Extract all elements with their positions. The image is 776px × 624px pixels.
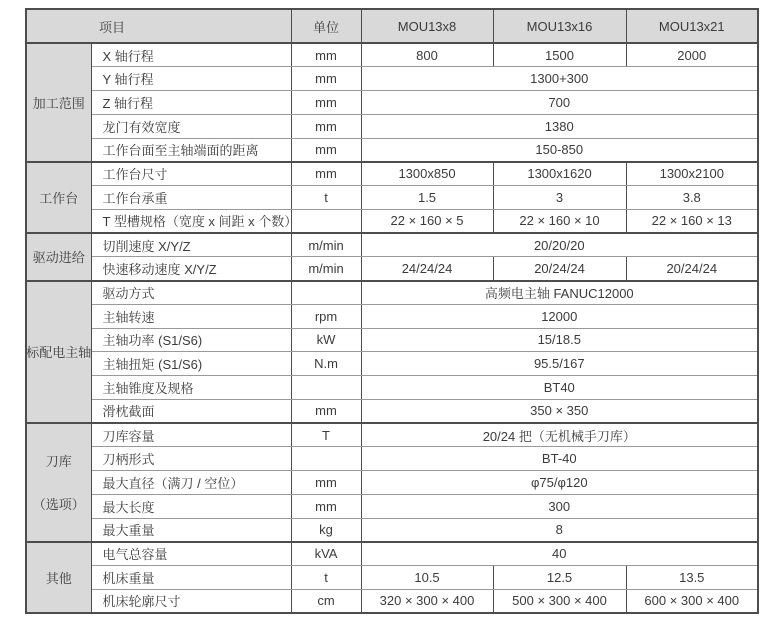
value-cell: 300 xyxy=(361,494,758,518)
table-row: 主轴锥度及规格BT40 xyxy=(26,376,758,400)
table-row: 滑枕截面mm350 × 350 xyxy=(26,399,758,423)
value-cell: 22 × 160 × 5 xyxy=(361,209,493,233)
table-row: 标配电主轴驱动方式高频电主轴 FANUC12000 xyxy=(26,281,758,305)
table-row: 刀库（选项）刀库容量T20/24 把（无机械手刀库） xyxy=(26,423,758,447)
header-model-mou13x21: MOU13x21 xyxy=(626,9,758,43)
table-row: 机床轮廓尺寸cm320 × 300 × 400500 × 300 × 40060… xyxy=(26,589,758,613)
group-label: 工作台 xyxy=(39,188,78,207)
item-cell: X 轴行程 xyxy=(91,43,291,67)
group-cell: 驱动进给 xyxy=(26,233,91,281)
unit-cell xyxy=(291,447,361,471)
value-cell: 20/24/24 xyxy=(626,257,758,281)
group-label: 标配电主轴 xyxy=(26,342,91,361)
item-cell: 机床重量 xyxy=(91,566,291,590)
unit-cell: mm xyxy=(291,43,361,67)
table-row: 工作台承重t1.533.8 xyxy=(26,186,758,210)
value-cell: 3 xyxy=(493,186,626,210)
unit-cell: mm xyxy=(291,494,361,518)
unit-cell: m/min xyxy=(291,257,361,281)
table-row: T 型槽规格（宽度 x 间距 x 个数）22 × 160 × 522 × 160… xyxy=(26,209,758,233)
item-cell: 主轴功率 (S1/S6) xyxy=(91,328,291,352)
value-cell: 500 × 300 × 400 xyxy=(493,589,626,613)
group-label: （选项） xyxy=(33,494,85,513)
unit-cell: cm xyxy=(291,589,361,613)
value-cell: BT-40 xyxy=(361,447,758,471)
unit-cell: t xyxy=(291,566,361,590)
value-cell: 15/18.5 xyxy=(361,328,758,352)
value-cell: 800 xyxy=(361,43,493,67)
group-label-wrap: 其他 xyxy=(27,568,91,587)
unit-cell: T xyxy=(291,423,361,447)
table-row: 工作台工作台尺寸mm1300x8501300x16201300x2100 xyxy=(26,162,758,186)
value-cell: 700 xyxy=(361,91,758,115)
unit-cell: t xyxy=(291,186,361,210)
unit-cell: mm xyxy=(291,471,361,495)
group-label: 其他 xyxy=(46,568,72,587)
value-cell: 12000 xyxy=(361,304,758,328)
item-cell: 快速移动速度 X/Y/Z xyxy=(91,257,291,281)
table-row: 驱动进给切削速度 X/Y/Zm/min20/20/20 xyxy=(26,233,758,257)
spec-table: 项目 单位 MOU13x8 MOU13x16 MOU13x21 加工范围X 轴行… xyxy=(25,8,759,614)
table-row: 最大重量kg8 xyxy=(26,518,758,542)
item-cell: 电气总容量 xyxy=(91,542,291,566)
item-cell: Z 轴行程 xyxy=(91,91,291,115)
table-row: 加工范围X 轴行程mm80015002000 xyxy=(26,43,758,67)
unit-cell: rpm xyxy=(291,304,361,328)
group-label-wrap: 工作台 xyxy=(27,188,91,207)
table-row: 工作台面至主轴端面的距离mm150-850 xyxy=(26,138,758,162)
value-cell: 20/24 把（无机械手刀库） xyxy=(361,423,758,447)
item-cell: 工作台面至主轴端面的距离 xyxy=(91,138,291,162)
group-label-wrap: 加工范围 xyxy=(27,93,91,112)
item-cell: 刀柄形式 xyxy=(91,447,291,471)
page: 项目 单位 MOU13x8 MOU13x16 MOU13x21 加工范围X 轴行… xyxy=(0,0,776,624)
item-cell: 最大重量 xyxy=(91,518,291,542)
value-cell: 1.5 xyxy=(361,186,493,210)
header-row: 项目 单位 MOU13x8 MOU13x16 MOU13x21 xyxy=(26,9,758,43)
value-cell: 600 × 300 × 400 xyxy=(626,589,758,613)
item-cell: 主轴锥度及规格 xyxy=(91,376,291,400)
value-cell: 3.8 xyxy=(626,186,758,210)
item-cell: 工作台承重 xyxy=(91,186,291,210)
value-cell: 1380 xyxy=(361,114,758,138)
item-cell: 最大直径（满刀 / 空位） xyxy=(91,471,291,495)
unit-cell: mm xyxy=(291,67,361,91)
value-cell: 40 xyxy=(361,542,758,566)
table-row: 刀柄形式BT-40 xyxy=(26,447,758,471)
item-cell: 刀库容量 xyxy=(91,423,291,447)
table-row: Y 轴行程mm1300+300 xyxy=(26,67,758,91)
group-label: 驱动进给 xyxy=(33,247,85,266)
item-cell: 工作台尺寸 xyxy=(91,162,291,186)
value-cell: 10.5 xyxy=(361,566,493,590)
table-row: 主轴转速rpm12000 xyxy=(26,304,758,328)
unit-cell: mm xyxy=(291,114,361,138)
item-cell: Y 轴行程 xyxy=(91,67,291,91)
header-model-mou13x16: MOU13x16 xyxy=(493,9,626,43)
item-cell: 主轴扭矩 (S1/S6) xyxy=(91,352,291,376)
unit-cell: mm xyxy=(291,399,361,423)
value-cell: φ75/φ120 xyxy=(361,471,758,495)
header-model-mou13x8: MOU13x8 xyxy=(361,9,493,43)
value-cell: 13.5 xyxy=(626,566,758,590)
table-row: Z 轴行程mm700 xyxy=(26,91,758,115)
value-cell: 高频电主轴 FANUC12000 xyxy=(361,281,758,305)
value-cell: 1300x2100 xyxy=(626,162,758,186)
item-cell: 切削速度 X/Y/Z xyxy=(91,233,291,257)
group-label-wrap: 标配电主轴 xyxy=(27,342,91,361)
group-cell: 工作台 xyxy=(26,162,91,233)
value-cell: 20/24/24 xyxy=(493,257,626,281)
group-label-wrap: 驱动进给 xyxy=(27,247,91,266)
unit-cell: mm xyxy=(291,91,361,115)
group-label: 加工范围 xyxy=(33,93,85,112)
group-label-wrap: 刀库（选项） xyxy=(27,451,91,513)
unit-cell xyxy=(291,209,361,233)
value-cell: 22 × 160 × 13 xyxy=(626,209,758,233)
item-cell: T 型槽规格（宽度 x 间距 x 个数） xyxy=(91,209,291,233)
table-row: 主轴扭矩 (S1/S6)N.m95.5/167 xyxy=(26,352,758,376)
table-row: 机床重量t10.512.513.5 xyxy=(26,566,758,590)
value-cell: 150-850 xyxy=(361,138,758,162)
table-row: 主轴功率 (S1/S6)kW15/18.5 xyxy=(26,328,758,352)
table-row: 快速移动速度 X/Y/Zm/min24/24/2420/24/2420/24/2… xyxy=(26,257,758,281)
item-cell: 龙门有效宽度 xyxy=(91,114,291,138)
header-unit-label: 单位 xyxy=(291,9,361,43)
group-cell: 刀库（选项） xyxy=(26,423,91,542)
value-cell: 2000 xyxy=(626,43,758,67)
unit-cell: kVA xyxy=(291,542,361,566)
item-cell: 滑枕截面 xyxy=(91,399,291,423)
table-row: 最大长度mm300 xyxy=(26,494,758,518)
item-cell: 机床轮廓尺寸 xyxy=(91,589,291,613)
value-cell: 24/24/24 xyxy=(361,257,493,281)
item-cell: 最大长度 xyxy=(91,494,291,518)
table-row: 最大直径（满刀 / 空位）mmφ75/φ120 xyxy=(26,471,758,495)
unit-cell: kg xyxy=(291,518,361,542)
unit-cell: N.m xyxy=(291,352,361,376)
header-item-label: 项目 xyxy=(26,9,291,43)
unit-cell: kW xyxy=(291,328,361,352)
value-cell: 95.5/167 xyxy=(361,352,758,376)
unit-cell xyxy=(291,281,361,305)
item-cell: 主轴转速 xyxy=(91,304,291,328)
value-cell: 20/20/20 xyxy=(361,233,758,257)
group-label: 刀库 xyxy=(46,451,72,470)
value-cell: 350 × 350 xyxy=(361,399,758,423)
value-cell: 1300+300 xyxy=(361,67,758,91)
table-row: 龙门有效宽度mm1380 xyxy=(26,114,758,138)
unit-cell xyxy=(291,376,361,400)
value-cell: BT40 xyxy=(361,376,758,400)
value-cell: 1300x1620 xyxy=(493,162,626,186)
value-cell: 1500 xyxy=(493,43,626,67)
unit-cell: mm xyxy=(291,162,361,186)
value-cell: 1300x850 xyxy=(361,162,493,186)
unit-cell: m/min xyxy=(291,233,361,257)
value-cell: 12.5 xyxy=(493,566,626,590)
group-cell: 加工范围 xyxy=(26,43,91,162)
value-cell: 22 × 160 × 10 xyxy=(493,209,626,233)
group-cell: 其他 xyxy=(26,542,91,613)
group-cell: 标配电主轴 xyxy=(26,281,91,424)
unit-cell: mm xyxy=(291,138,361,162)
value-cell: 8 xyxy=(361,518,758,542)
value-cell: 320 × 300 × 400 xyxy=(361,589,493,613)
table-row: 其他电气总容量kVA40 xyxy=(26,542,758,566)
item-cell: 驱动方式 xyxy=(91,281,291,305)
